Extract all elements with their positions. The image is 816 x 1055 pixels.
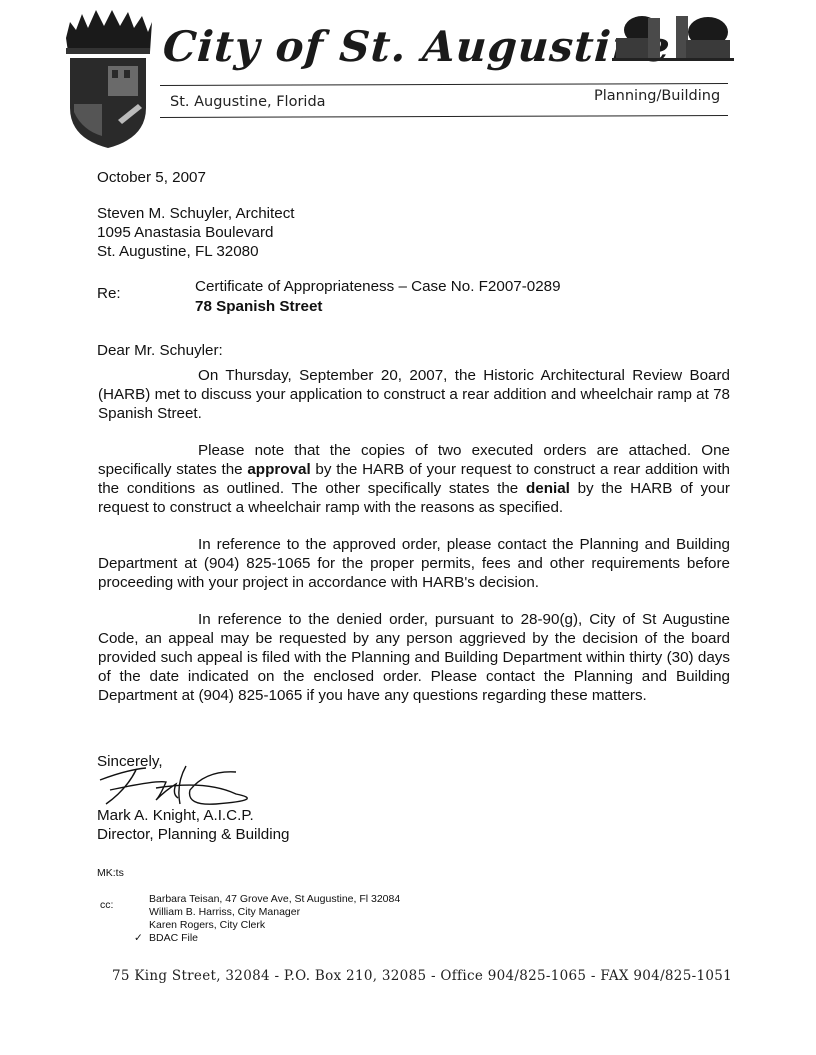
- cc-recipient: William B. Harriss, City Manager: [149, 906, 300, 919]
- letterhead-rule-bottom: [160, 115, 728, 118]
- paragraph-1-text: On Thursday, September 20, 2007, the His…: [98, 367, 730, 422]
- typist-initials: MK:ts: [97, 867, 124, 880]
- letterhead-title: City of St. Augustine: [161, 22, 672, 71]
- signer-name: Mark A. Knight, A.I.C.P.: [97, 806, 254, 825]
- cc-recipient: Karen Rogers, City Clerk: [149, 919, 265, 932]
- city-gate-illustration: [612, 8, 734, 66]
- city-crest-icon: [62, 8, 154, 150]
- re-subject: Certificate of Appropriateness – Case No…: [195, 277, 561, 296]
- recipient-name: Steven M. Schuyler, Architect: [97, 204, 295, 223]
- recipient-address-line1: 1095 Anastasia Boulevard: [97, 223, 273, 242]
- cc-label: cc:: [100, 899, 113, 912]
- cc-recipient: Barbara Teisan, 47 Grove Ave, St Augusti…: [149, 893, 400, 906]
- letter-date: October 5, 2007: [97, 168, 206, 187]
- paragraph-1: On Thursday, September 20, 2007, the His…: [98, 366, 730, 423]
- re-property: 78 Spanish Street: [195, 297, 322, 316]
- signature: [96, 760, 266, 810]
- paragraph-2: Please note that the copies of two execu…: [98, 441, 730, 517]
- re-label: Re:: [97, 284, 121, 303]
- paragraph-4: In reference to the denied order, pursua…: [98, 610, 730, 705]
- letterhead-department: Planning/Building: [594, 88, 720, 104]
- approval-emphasis: approval: [247, 461, 310, 478]
- paragraph-3: In reference to the approved order, plea…: [98, 535, 730, 592]
- letterhead-location: St. Augustine, Florida: [170, 94, 326, 110]
- paragraph-4-text: In reference to the denied order, pursua…: [98, 611, 730, 704]
- letterhead-rule-top: [160, 83, 728, 86]
- paragraph-3-text: In reference to the approved order, plea…: [98, 536, 730, 591]
- signer-title: Director, Planning & Building: [97, 825, 289, 844]
- salutation: Dear Mr. Schuyler:: [97, 341, 223, 360]
- cc-recipient: BDAC File: [149, 932, 198, 945]
- checkmark-icon: ✓: [134, 932, 143, 945]
- recipient-address-line2: St. Augustine, FL 32080: [97, 242, 259, 261]
- letterhead-footer: 75 King Street, 32084 - P.O. Box 210, 32…: [112, 968, 732, 984]
- denial-emphasis: denial: [526, 480, 570, 497]
